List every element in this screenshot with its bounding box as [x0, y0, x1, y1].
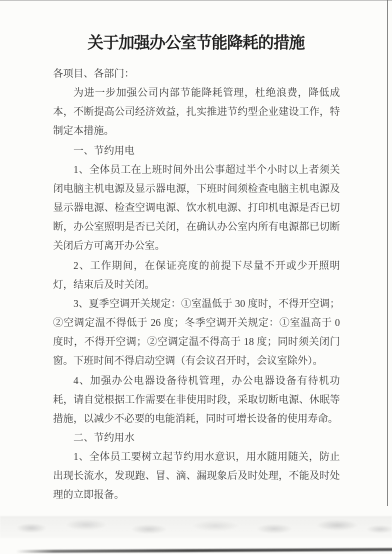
- scan-bottom-edge-line: [16, 548, 392, 553]
- section-1-paragraph-2: 2、工作期间，在保证亮度的前提下尽量不开或少开照明灯，结束后及时关闭。: [53, 257, 340, 295]
- intro-paragraph: 为进一步加强公司内部节能降耗管理，杜绝浪费，降低成本，不断提高公司经济效益，扎实…: [53, 84, 340, 141]
- document-title: 关于加强办公室节能降耗的措施: [0, 36, 392, 52]
- scanned-document-page: 关于加强办公室节能降耗的措施 各项目、各部门： 为进一步加强公司内部节能降耗管理…: [0, 0, 392, 554]
- page-right-edge-line: [387, 0, 388, 506]
- section-1-heading: 一、节约用电: [53, 142, 340, 161]
- page-top-edge-line: [0, 0, 392, 1]
- section-1-paragraph-1: 1、全体员工在上班时间外出公事超过半个小时以上者须关闭电脑主机电源及显示器电源，…: [53, 161, 340, 257]
- document-body: 各项目、各部门： 为进一步加强公司内部节能降耗管理，杜绝浪费，降低成本，不断提高…: [53, 65, 340, 506]
- section-2-paragraph-1: 1、全体员工要树立起节约用水意识，用水随用随关，防止出现长流水，发现跑、冒、滴、…: [53, 448, 340, 505]
- section-2-heading: 二、节约用水: [53, 429, 340, 448]
- salutation-line: 各项目、各部门：: [53, 65, 340, 84]
- scan-bottom-shadow-band: [0, 516, 392, 538]
- section-1-paragraph-3: 3、夏季空调开关规定：①室温低于 30 度时，不得开空调；②空调定温不得低于 2…: [53, 295, 340, 372]
- section-1-paragraph-4: 4、加强办公电器设备待机管理，办公电器设备有待机功耗，请自觉根据工作需要在非使用…: [53, 372, 340, 429]
